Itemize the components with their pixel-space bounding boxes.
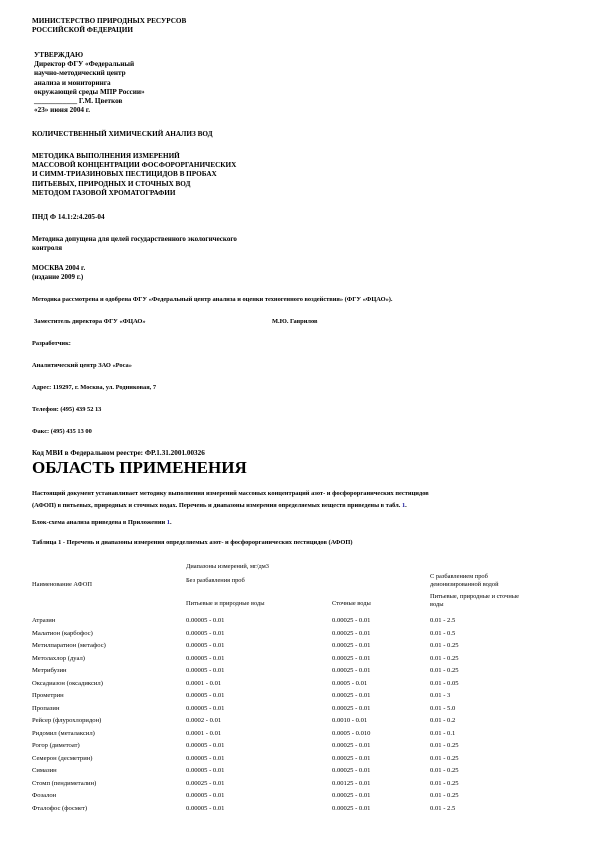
approval-line: УТВЕРЖДАЮ (34, 51, 145, 60)
city-line: МОСКВА 2004 г. (32, 264, 85, 273)
pesticide-name: Прометрин (32, 692, 64, 699)
scope-paragraph: Настоящий документ устанавливает методик… (32, 490, 572, 510)
table-row: Стомп (пендиметалин)0.00025 - 0.010.0012… (32, 780, 572, 792)
diluted-range: 0.01 - 0.5 (430, 630, 455, 637)
waste-range: 0.00025 - 0.01 (332, 792, 370, 799)
diluted-range: 0.01 - 2.5 (430, 805, 455, 812)
section-heading: КОЛИЧЕСТВЕННЫЙ ХИМИЧЕСКИЙ АНАЛИЗ ВОД (32, 130, 213, 139)
ministry-line: РОССИЙСКОЙ ФЕДЕРАЦИИ (32, 26, 186, 35)
range-header: Диапазоны измерений, мг/дм3 (186, 563, 269, 571)
pesticide-name: Семерон (десметрин) (32, 755, 92, 762)
approval-date: «23» июня 2004 г. (34, 106, 145, 115)
ministry-line: МИНИСТЕРСТВО ПРИРОДНЫХ РЕСУРСОВ (32, 17, 186, 26)
name-header: Наименование АФОП (32, 581, 92, 589)
dilution-header-line: деионизированной водой (430, 581, 499, 589)
edition-line: (издание 2009 г.) (32, 273, 85, 282)
waste-range: 0.00025 - 0.01 (332, 667, 370, 674)
approval-line: анализа и мониторинга (34, 79, 145, 88)
drinking-range: 0.00005 - 0.01 (186, 642, 224, 649)
waste-water-header: Сточные воды (332, 600, 371, 608)
diluted-range: 0.01 - 0.05 (430, 680, 459, 687)
developer-label: Разработчик: (32, 340, 71, 348)
waste-range: 0.0005 - 0.010 (332, 730, 370, 737)
method-title-line: И СИММ-ТРИАЗИНОВЫХ ПЕСТИЦИДОВ В ПРОБАХ (32, 170, 236, 179)
admission-line: контроля (32, 244, 237, 253)
waste-range: 0.00025 - 0.01 (332, 617, 370, 624)
table-row: Прометрин0.00005 - 0.010.00025 - 0.010.0… (32, 692, 572, 704)
waste-range: 0.00025 - 0.01 (332, 805, 370, 812)
pesticide-name: Рейсер (флурохлоридон) (32, 717, 101, 724)
drinking-range: 0.00005 - 0.01 (186, 667, 224, 674)
waste-range: 0.00025 - 0.01 (332, 767, 370, 774)
pesticide-name: Пропазин (32, 705, 59, 712)
drinking-range: 0.00005 - 0.01 (186, 655, 224, 662)
approval-line: окружающей среды МПР России» (34, 88, 145, 97)
diluted-range: 0.01 - 0.25 (430, 767, 459, 774)
pesticide-name: Рогор (диметоат) (32, 742, 80, 749)
waste-range: 0.00025 - 0.01 (332, 692, 370, 699)
diluted-range: 0.01 - 0.25 (430, 780, 459, 787)
deputy-label: Заместитель директора ФГУ «ФЦАО» (34, 318, 146, 326)
scope-paragraph-text: (АФОП) в питьевых, природных и сточных в… (32, 502, 402, 509)
drinking-range: 0.00005 - 0.01 (186, 617, 224, 624)
pesticide-name: Фталофос (фосмет) (32, 805, 87, 812)
table-row: Метилпаратион (метафос)0.00005 - 0.010.0… (32, 642, 572, 654)
table-caption: Таблица 1 - Перечень и диапазоны измерен… (32, 539, 353, 547)
deputy-name: М.Ю. Гаврилов (272, 318, 317, 326)
method-title-line: ПИТЬЕВЫХ, ПРИРОДНЫХ И СТОЧНЫХ ВОД (32, 180, 236, 189)
table-row: Оксадиазон (оксадиксил)0.0001 - 0.010.00… (32, 680, 572, 692)
developer-fax: Факс: (495) 435 13 00 (32, 428, 92, 436)
pesticide-name: Атразин (32, 617, 55, 624)
document-code: ПНД Ф 14.1:2:4.205-04 (32, 213, 105, 222)
method-title-line: МЕТОДОМ ГАЗОВОЙ ХРОМАТОГРАФИИ (32, 189, 236, 198)
table-row: Фозалон0.00005 - 0.010.00025 - 0.010.01 … (32, 792, 572, 804)
pesticide-name: Ридомил (металаксил) (32, 730, 95, 737)
diluted-range: 0.01 - 5.0 (430, 705, 455, 712)
table-row: Фталофос (фосмет)0.00005 - 0.010.00025 -… (32, 805, 572, 817)
dilution-header-line: С разбавлением проб (430, 573, 499, 581)
ministry-heading: МИНИСТЕРСТВО ПРИРОДНЫХ РЕСУРСОВ РОССИЙСК… (32, 17, 186, 35)
diluted-range: 0.01 - 0.25 (430, 792, 459, 799)
drinking-range: 0.00005 - 0.01 (186, 805, 224, 812)
diluted-range: 0.01 - 0.1 (430, 730, 455, 737)
waste-range: 0.00025 - 0.01 (332, 705, 370, 712)
all-waters-header: Питьевые, природные и сточные воды (430, 593, 525, 609)
waste-range: 0.0010 - 0.01 (332, 717, 367, 724)
diluted-range: 0.01 - 0.25 (430, 742, 459, 749)
pesticide-name: Малатион (карбофос) (32, 630, 93, 637)
table-row: Атразин0.00005 - 0.010.00025 - 0.010.01 … (32, 617, 572, 629)
method-title: МЕТОДИКА ВЫПОЛНЕНИЯ ИЗМЕРЕНИЙ МАССОВОЙ К… (32, 152, 236, 198)
diluted-range: 0.01 - 0.2 (430, 717, 455, 724)
registry-code: Код МВИ в Федеральном реестре: ФР.1.31.2… (32, 449, 205, 458)
drinking-range: 0.00005 - 0.01 (186, 792, 224, 799)
table-row: Симазин0.00005 - 0.010.00025 - 0.010.01 … (32, 767, 572, 779)
drinking-range: 0.00005 - 0.01 (186, 767, 224, 774)
drinking-range: 0.0001 - 0.01 (186, 730, 221, 737)
drinking-water-header: Питьевые и природные воды (186, 600, 265, 608)
diluted-range: 0.01 - 0.25 (430, 655, 459, 662)
no-dilution-header: Без разбавления проб (186, 577, 245, 585)
waste-range: 0.00025 - 0.01 (332, 630, 370, 637)
approval-line: Директор ФГУ «Федеральный (34, 60, 145, 69)
drinking-range: 0.00005 - 0.01 (186, 692, 224, 699)
table-row: Пропазин0.00005 - 0.010.00025 - 0.010.01… (32, 705, 572, 717)
diluted-range: 0.01 - 3 (430, 692, 450, 699)
method-title-line: МАССОВОЙ КОНЦЕНТРАЦИИ ФОСФОРОРГАНИЧЕСКИХ (32, 161, 236, 170)
drinking-range: 0.00005 - 0.01 (186, 755, 224, 762)
waste-range: 0.00125 - 0.01 (332, 780, 370, 787)
pesticide-name: Метилпаратион (метафос) (32, 642, 106, 649)
pesticide-name: Метолахлор (дуал) (32, 655, 85, 662)
table-row: Малатион (карбофос)0.00005 - 0.010.00025… (32, 630, 572, 642)
flowchart-note-text: Блок-схема анализа приведена в Приложени… (32, 519, 167, 526)
pesticide-name: Стомп (пендиметалин) (32, 780, 96, 787)
table-row: Метолахлор (дуал)0.00005 - 0.010.00025 -… (32, 655, 572, 667)
approval-line: научно-методический центр (34, 69, 145, 78)
flowchart-note: Блок-схема анализа приведена в Приложени… (32, 519, 172, 527)
waste-range: 0.00025 - 0.01 (332, 742, 370, 749)
table-row: Метрибузин0.00005 - 0.010.00025 - 0.010.… (32, 667, 572, 679)
drinking-range: 0.0002 - 0.01 (186, 717, 221, 724)
waste-range: 0.0005 - 0.01 (332, 680, 367, 687)
drinking-range: 0.00005 - 0.01 (186, 630, 224, 637)
table-row: Семерон (десметрин)0.00005 - 0.010.00025… (32, 755, 572, 767)
drinking-range: 0.00025 - 0.01 (186, 780, 224, 787)
city-year: МОСКВА 2004 г. (издание 2009 г.) (32, 264, 85, 282)
diluted-range: 0.01 - 0.25 (430, 667, 459, 674)
diluted-range: 0.01 - 0.25 (430, 755, 459, 762)
admission-line: Методика допущена для целей государствен… (32, 235, 237, 244)
method-title-line: МЕТОДИКА ВЫПОЛНЕНИЯ ИЗМЕРЕНИЙ (32, 152, 236, 161)
scope-paragraph-line: (АФОП) в питьевых, природных и сточных в… (32, 502, 572, 510)
developer-phone: Телефон: (495) 439 52 13 (32, 406, 101, 414)
scope-heading: ОБЛАСТЬ ПРИМЕНЕНИЯ (32, 458, 247, 478)
pesticide-name: Фозалон (32, 792, 56, 799)
table-row: Ридомил (металаксил)0.0001 - 0.010.0005 … (32, 730, 572, 742)
pesticide-name: Метрибузин (32, 667, 67, 674)
waste-range: 0.00025 - 0.01 (332, 642, 370, 649)
drinking-range: 0.00005 - 0.01 (186, 705, 224, 712)
approval-block: УТВЕРЖДАЮ Директор ФГУ «Федеральный науч… (34, 51, 145, 115)
drinking-range: 0.00005 - 0.01 (186, 742, 224, 749)
table-row: Рогор (диметоат)0.00005 - 0.010.00025 - … (32, 742, 572, 754)
pesticide-name: Оксадиазон (оксадиксил) (32, 680, 103, 687)
diluted-range: 0.01 - 2.5 (430, 617, 455, 624)
developer-address: Адрес: 119297, г. Москва, ул. Родниковая… (32, 384, 156, 392)
developer-org: Аналитический центр ЗАО «Роса» (32, 362, 132, 370)
table-row: Рейсер (флурохлоридон)0.0002 - 0.010.001… (32, 717, 572, 729)
diluted-range: 0.01 - 0.25 (430, 642, 459, 649)
scope-paragraph-line: Настоящий документ устанавливает методик… (32, 490, 572, 498)
waste-range: 0.00025 - 0.01 (332, 655, 370, 662)
approval-signature-line: ____________ Г.М. Цветков (34, 97, 145, 106)
admission-note: Методика допущена для целей государствен… (32, 235, 237, 253)
dilution-header: С разбавлением проб деионизированной вод… (430, 573, 499, 589)
waste-range: 0.00025 - 0.01 (332, 755, 370, 762)
review-text: Методика рассмотрена и одобрена ФГУ «Фед… (32, 296, 393, 304)
drinking-range: 0.0001 - 0.01 (186, 680, 221, 687)
pesticide-name: Симазин (32, 767, 57, 774)
